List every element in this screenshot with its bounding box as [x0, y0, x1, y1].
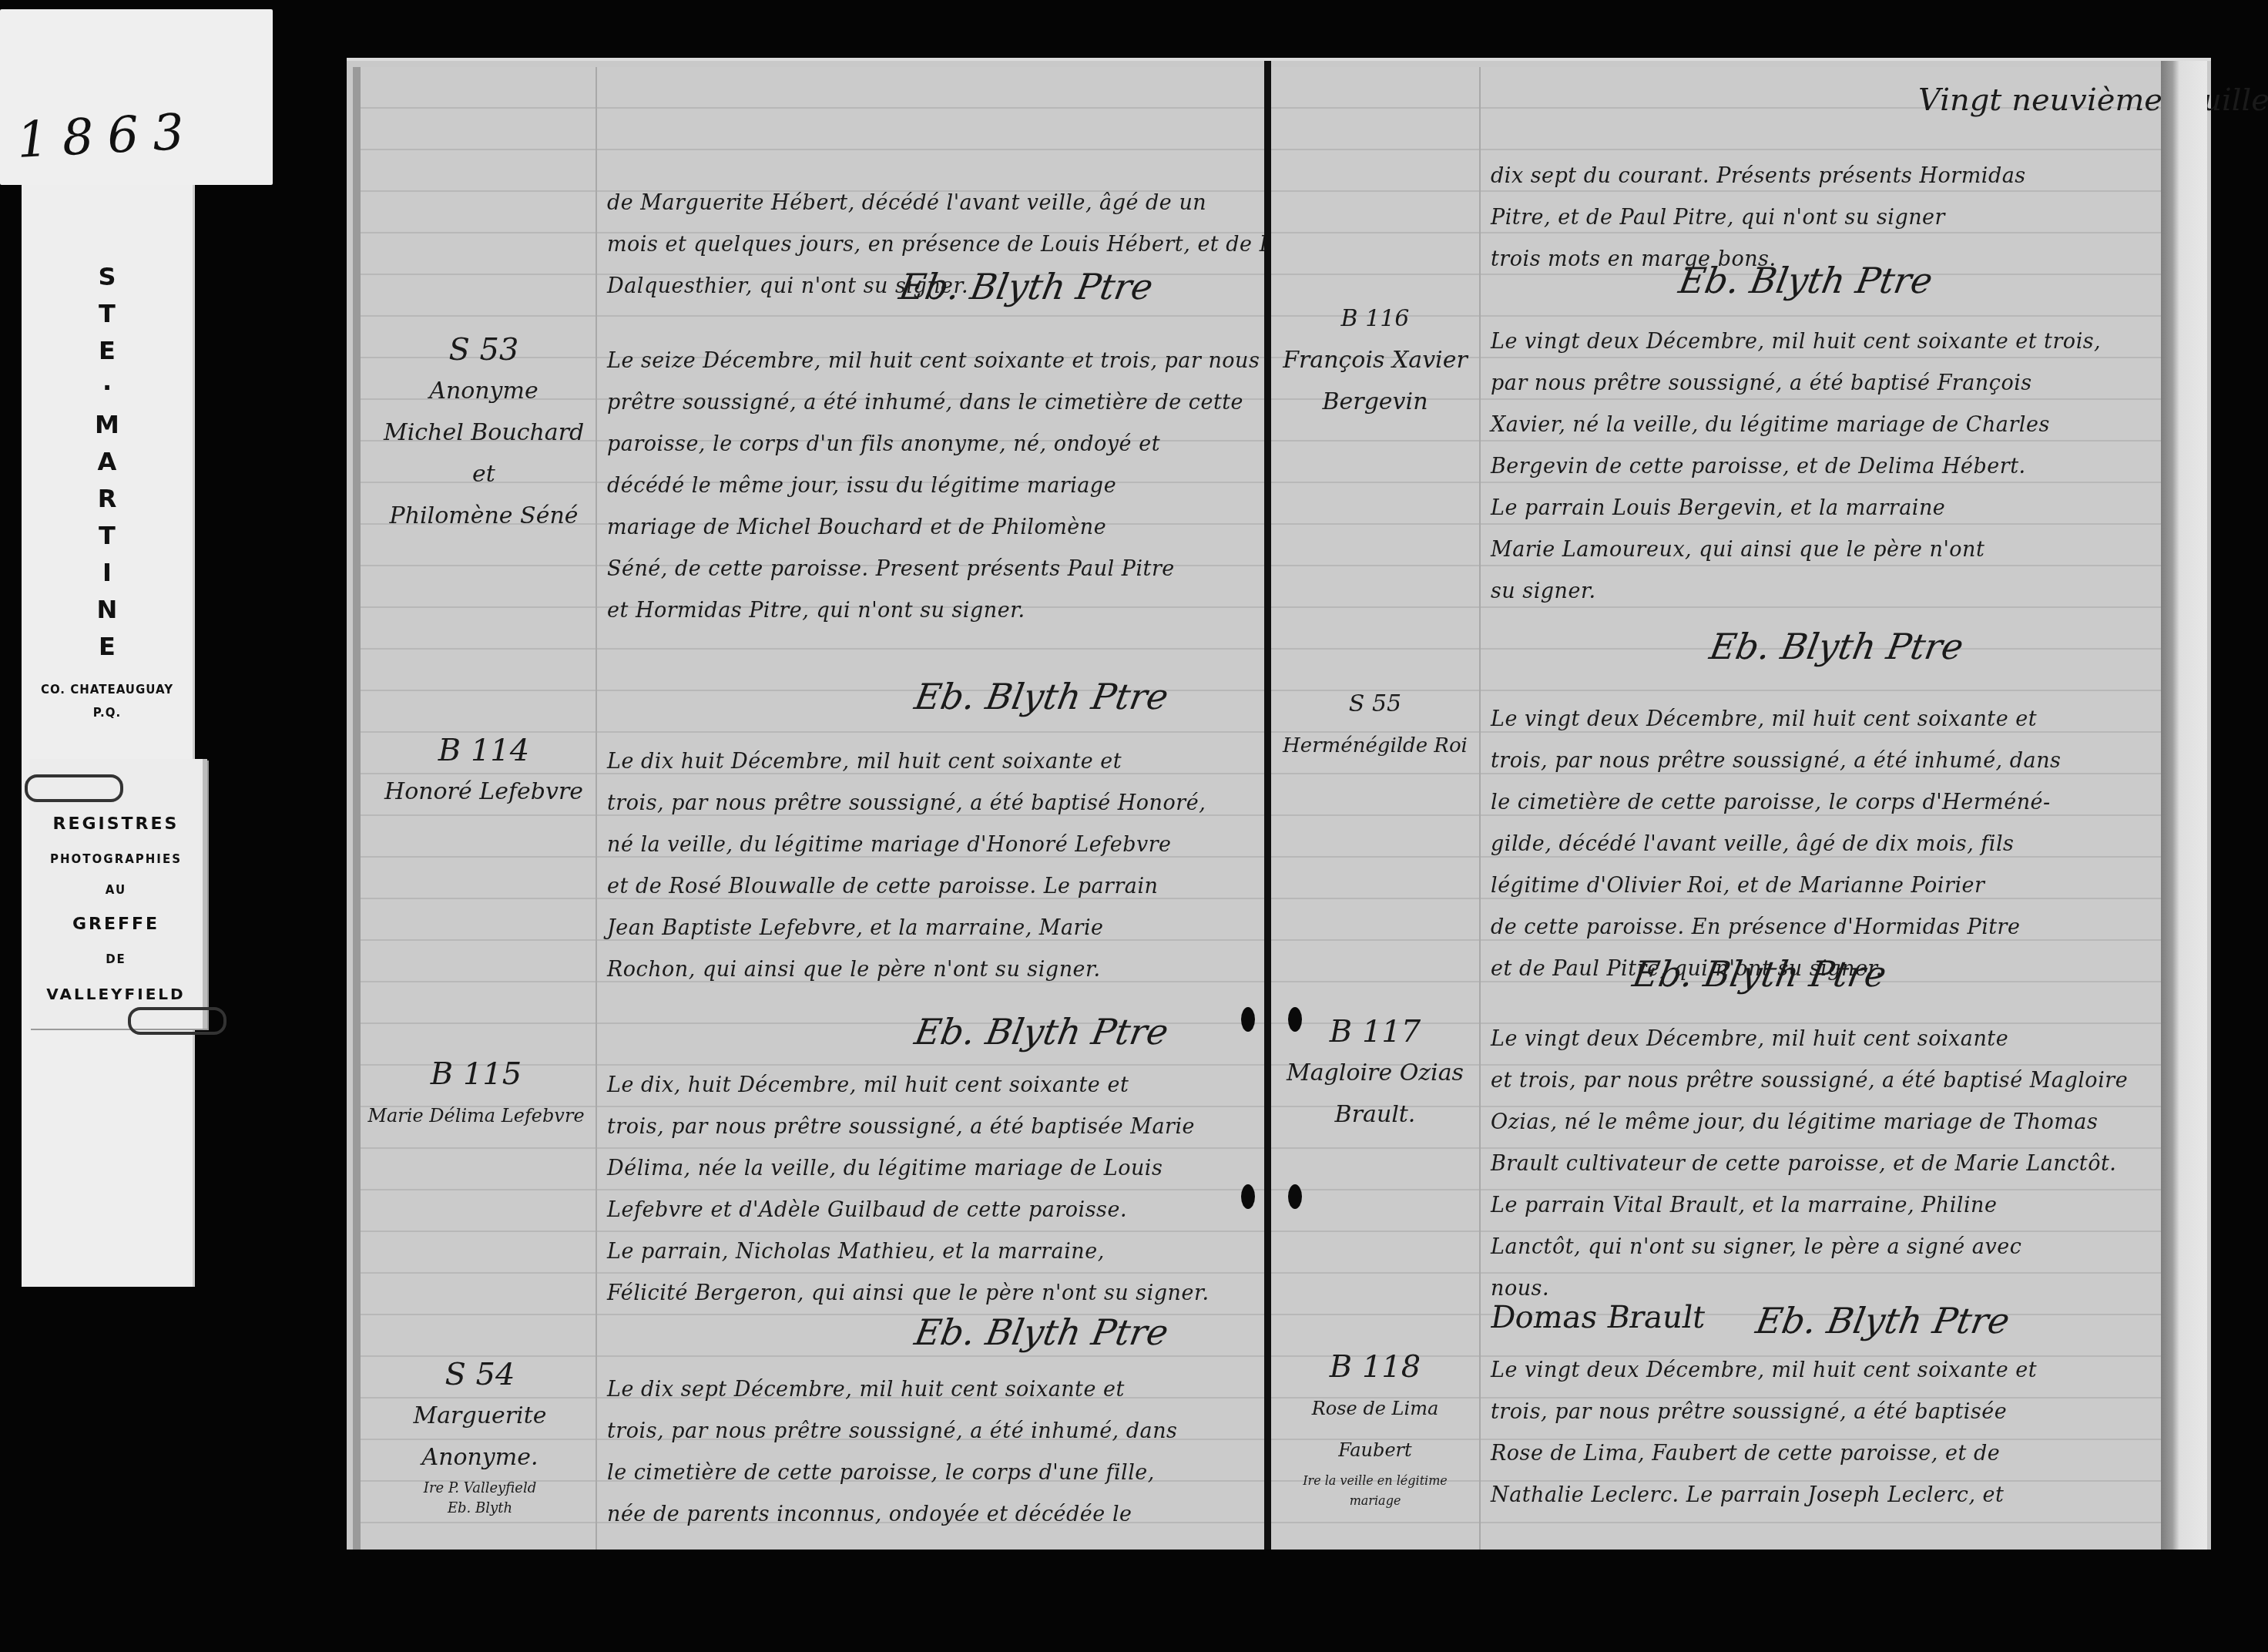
- folio-title: Vingt neuvième feuillet: [1918, 82, 2268, 118]
- entry-margin-b115: B 115 Marie Délima Lefebvre: [361, 1053, 592, 1137]
- entry-text-b117: Le vingt deux Décembre, mil huit cent so…: [1491, 1019, 2128, 1310]
- archive-label-line: DE: [29, 944, 203, 975]
- paperclip-icon: [128, 1007, 226, 1035]
- county-name: CO. CHATEAUGUAY: [22, 678, 193, 701]
- father-signature: Domas Brault: [1488, 1300, 1708, 1335]
- priest-signature: Eb. Blyth Ptre: [911, 676, 1172, 717]
- priest-signature: Eb. Blyth Ptre: [1753, 1300, 2013, 1341]
- priest-signature: Eb. Blyth Ptre: [911, 1011, 1172, 1053]
- entry-margin-b117: B 117 Magloire Ozias Brault.: [1271, 1011, 1479, 1136]
- right-page: Vingt neuvième feuillet 29 dix sept du c…: [1271, 67, 2161, 1550]
- province-name: P.Q.: [22, 701, 193, 724]
- year-label: 1863: [15, 103, 199, 170]
- year-card: 1863: [0, 9, 273, 185]
- paperclip-icon: [25, 774, 123, 802]
- entry-number: B 118: [1271, 1346, 1479, 1388]
- parish-letter: A: [22, 443, 193, 480]
- entry-number: B 116: [1271, 298, 1479, 340]
- folio-header: Vingt neuvième feuillet 29: [1918, 82, 2268, 118]
- parish-letter: N: [22, 591, 193, 628]
- binding-hole: [1241, 1007, 1255, 1032]
- parish-letter: ·: [22, 369, 193, 406]
- entry-margin-s54: S 54 Marguerite Anonyme. Ire P. Valleyfi…: [376, 1354, 584, 1519]
- archive-label-line: REGISTRES: [29, 805, 203, 844]
- entry-number: B 117: [1271, 1011, 1479, 1053]
- entry-margin-b118: B 118 Rose de Lima Faubert Ire la veille…: [1271, 1346, 1479, 1511]
- parish-letter: E: [22, 332, 193, 369]
- parish-letter: T: [22, 295, 193, 332]
- binding-hole: [1288, 1184, 1302, 1209]
- priest-signature: Eb. Blyth Ptre: [896, 266, 1156, 307]
- archive-label-line: AU: [29, 875, 203, 905]
- book-gutter: [1264, 61, 1271, 1550]
- parish-label-strip: S T E · M A R T I N E CO. CHATEAUGUAY P.…: [22, 185, 195, 1287]
- entry-margin-b114: B 114 Honoré Lefebvre: [384, 730, 584, 813]
- entry-number: S 55: [1271, 683, 1479, 725]
- entry-margin-s53: S 53 Anonyme Michel Bouchard et Philomèn…: [384, 329, 584, 537]
- archive-label: REGISTRES PHOTOGRAPHIES AU GREFFE DE VAL…: [29, 759, 207, 1029]
- archive-label-line: GREFFE: [29, 905, 203, 944]
- entry-number: B 115: [361, 1053, 592, 1095]
- margin-rule: [1479, 67, 1481, 1550]
- left-page: de Marguerite Hébert, décédé l'avant vei…: [353, 67, 1272, 1550]
- entry-number: B 114: [384, 730, 584, 771]
- entry-text-s53: Le seize Décembre, mil huit cent soixant…: [607, 341, 1260, 632]
- parish-letter: E: [22, 628, 193, 665]
- entry-number: S 54: [376, 1354, 584, 1395]
- binding-hole: [1288, 1007, 1302, 1032]
- binding-hole: [1241, 1184, 1255, 1209]
- entry-text-b114: Le dix huit Décembre, mil huit cent soix…: [607, 741, 1206, 991]
- entry-text-b116: Le vingt deux Décembre, mil huit cent so…: [1491, 321, 2101, 613]
- priest-signature: Eb. Blyth Ptre: [1706, 626, 1967, 667]
- entry-margin-s55: S 55 Herménégilde Roi: [1271, 683, 1479, 767]
- county-label: CO. CHATEAUGUAY P.Q.: [22, 678, 193, 724]
- priest-signature: Eb. Blyth Ptre: [1629, 953, 1890, 995]
- priest-signature: Eb. Blyth Ptre: [1676, 260, 1936, 301]
- page-stack-edge: [2161, 61, 2207, 1550]
- parish-name-vertical: S T E · M A R T I N E: [22, 258, 193, 665]
- parish-letter: T: [22, 517, 193, 554]
- parish-letter: I: [22, 554, 193, 591]
- priest-signature: Eb. Blyth Ptre: [911, 1311, 1172, 1353]
- archive-label-line: PHOTOGRAPHIES: [29, 844, 203, 875]
- parish-letter: R: [22, 480, 193, 517]
- entry-margin-b116: B 116 François Xavier Bergevin: [1271, 298, 1479, 423]
- entry-text-s54: Le dix sept Décembre, mil huit cent soix…: [607, 1369, 1177, 1536]
- entry-text-s55: Le vingt deux Décembre, mil huit cent so…: [1491, 699, 2061, 990]
- parish-letter: S: [22, 258, 193, 295]
- parish-letter: M: [22, 406, 193, 443]
- entry-text-b115: Le dix, huit Décembre, mil huit cent soi…: [607, 1065, 1209, 1315]
- margin-rule: [596, 67, 597, 1550]
- register-book: de Marguerite Hébert, décédé l'avant vei…: [347, 58, 2211, 1550]
- entry-text-b118: Le vingt deux Décembre, mil huit cent so…: [1491, 1350, 2037, 1516]
- entry-number: S 53: [384, 329, 584, 371]
